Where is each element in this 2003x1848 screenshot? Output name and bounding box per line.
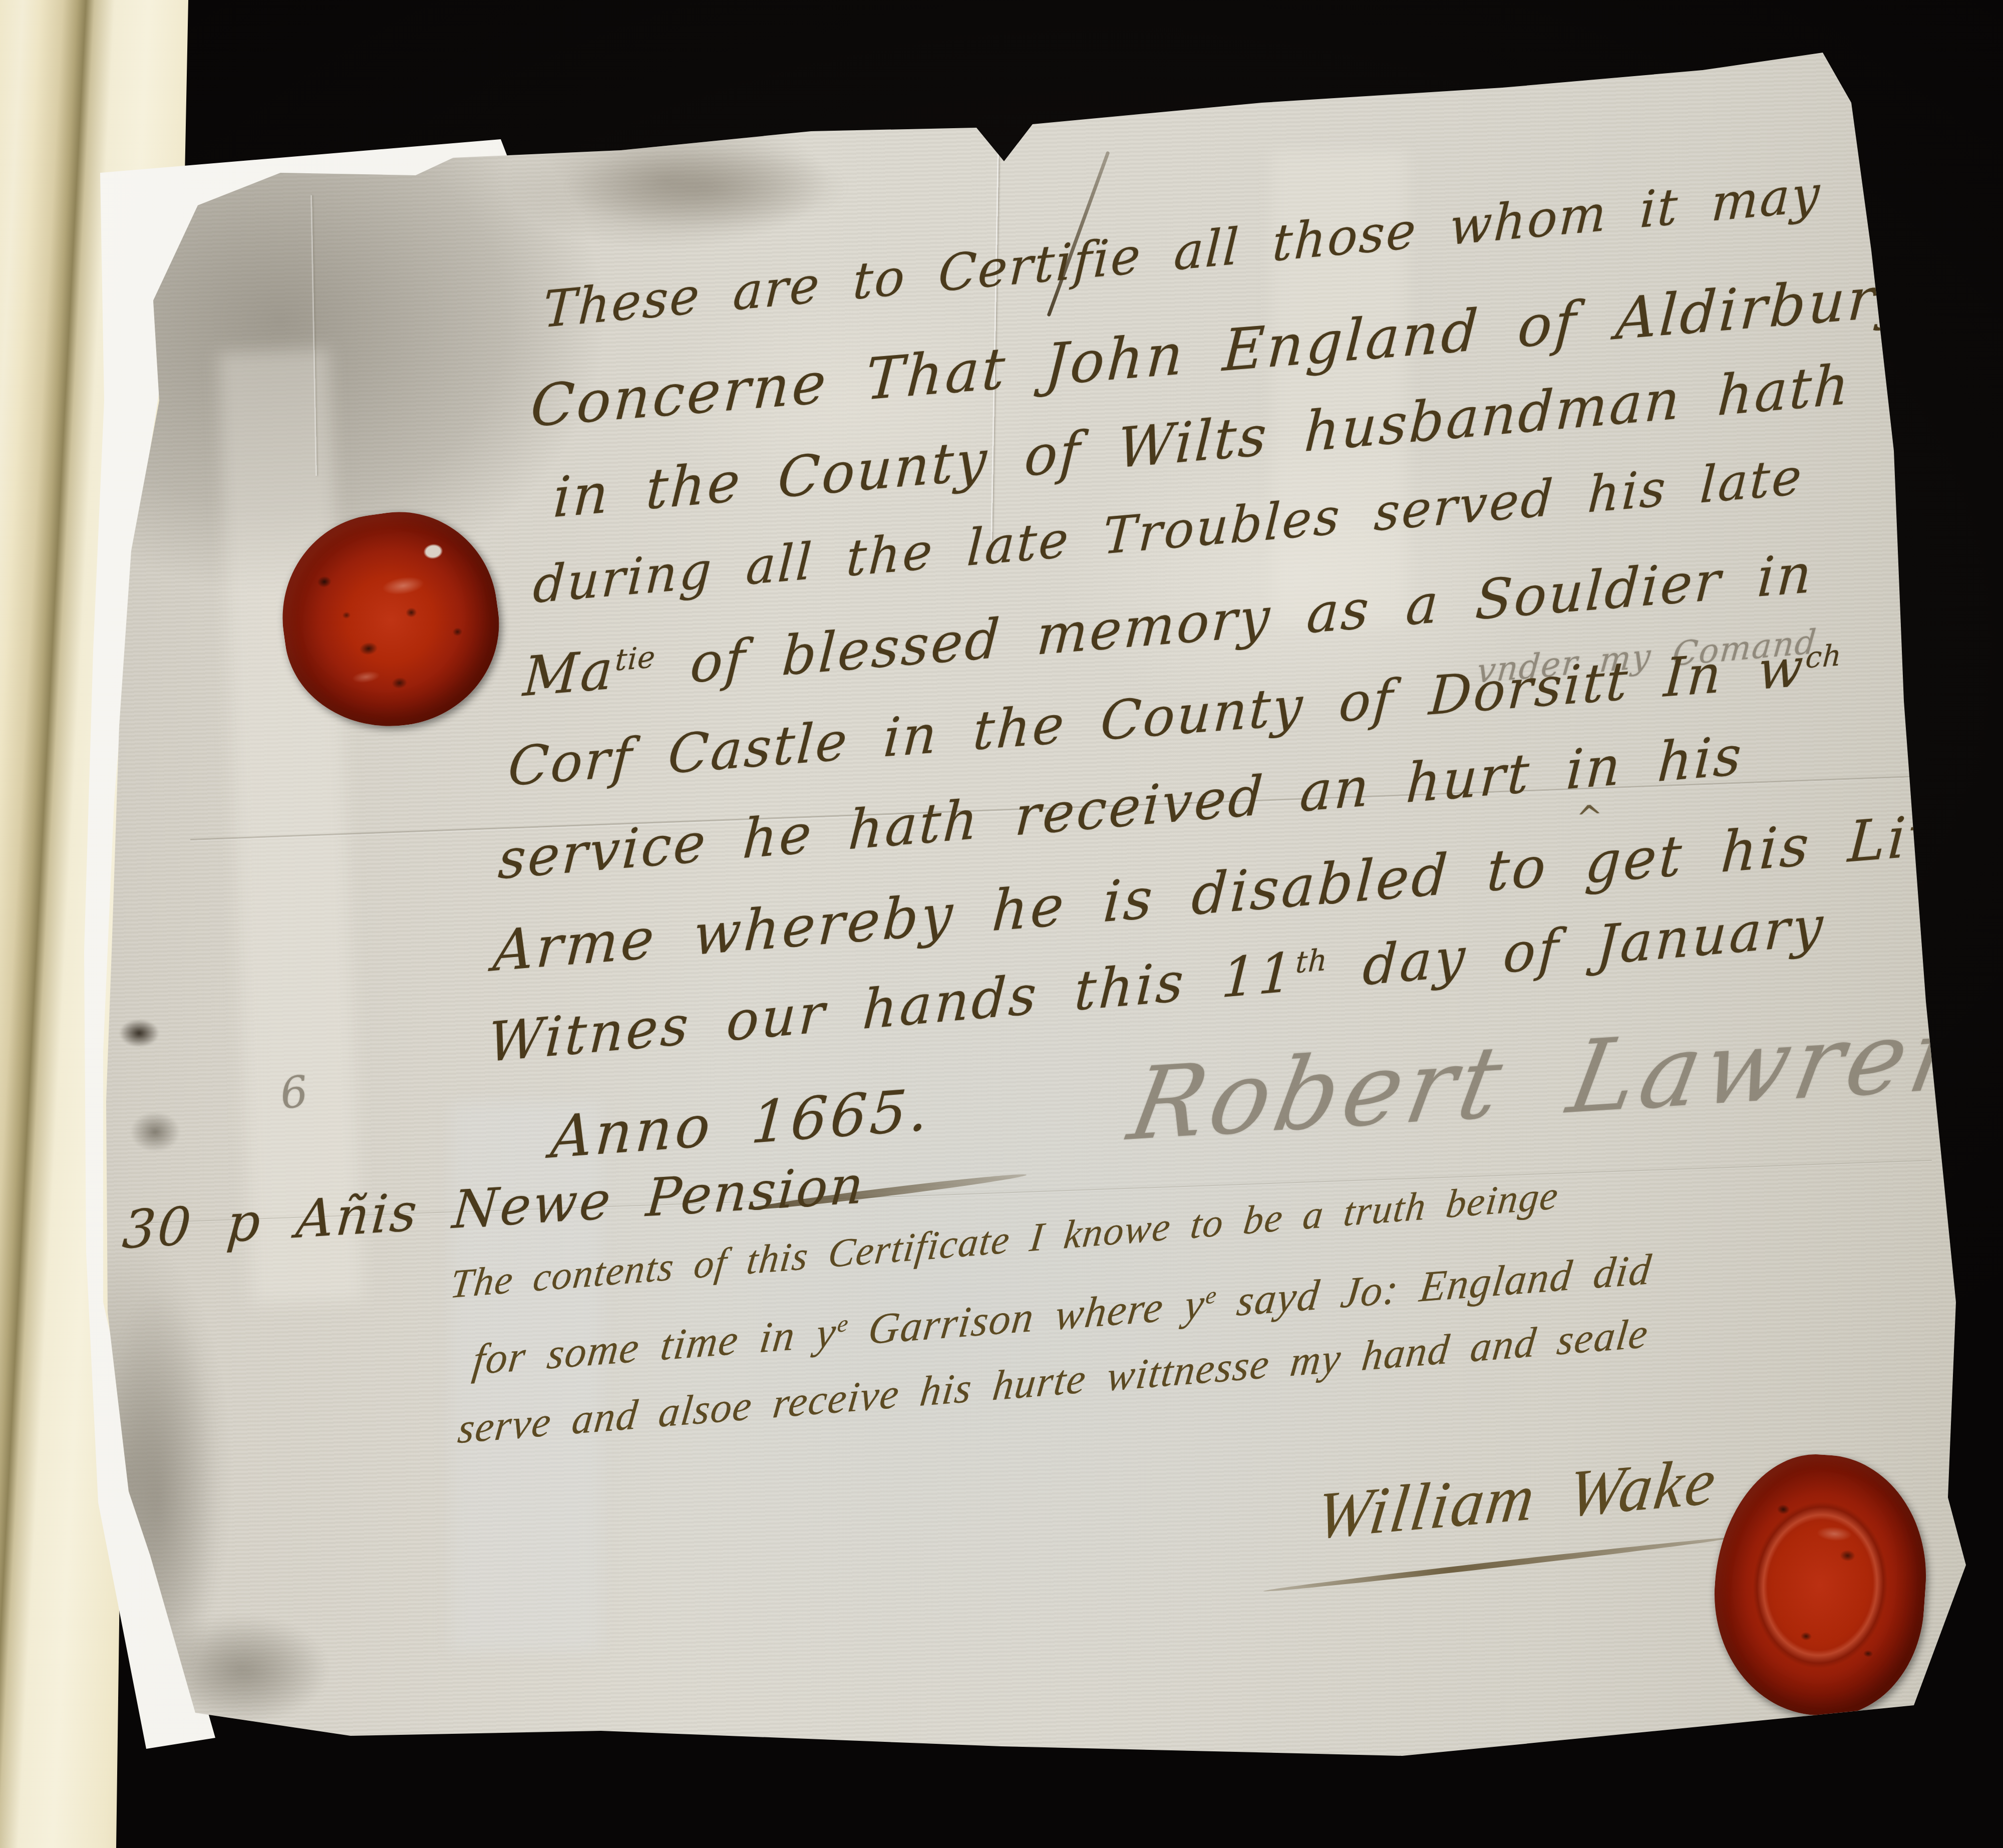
- date-line: Anno 1665.: [549, 1076, 933, 1172]
- stain: [566, 145, 846, 230]
- ink-blot: [119, 1019, 159, 1047]
- photo-stage: These are to Certifie all those whom it …: [0, 0, 2003, 1848]
- wax-seal-bottom-right: [1706, 1448, 1934, 1722]
- witness-signature: Robert Lawrence: [1121, 987, 2003, 1163]
- ink-blot: [130, 1112, 180, 1152]
- repair-patch: [219, 349, 362, 1304]
- attestor-signature: William Wake: [1312, 1442, 1722, 1555]
- marginal-mark: 6: [278, 1067, 310, 1119]
- manuscript-paper: These are to Certifie all those whom it …: [0, 0, 2003, 1848]
